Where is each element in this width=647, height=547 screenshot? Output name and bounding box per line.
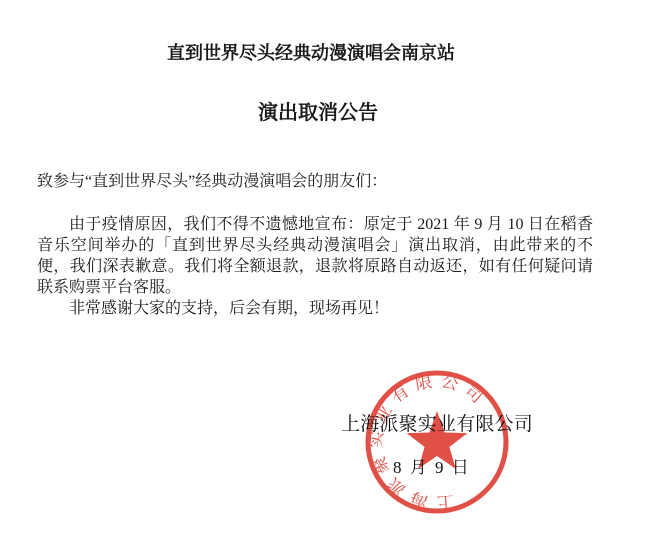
document-title: 直到世界尽头经典动漫演唱会南京站 [0,41,622,65]
signature-company-name: 上海派聚实业有限公司 [341,409,533,436]
cancellation-announcement-document: 直到世界尽头经典动漫演唱会南京站 演出取消公告 致参与“直到世界尽头”经典动漫演… [0,0,647,547]
greeting-line: 致参与“直到世界尽头”经典动漫演唱会的朋友们： [37,171,593,192]
company-seal-stamp: 上海派聚实业有限公司 [352,357,522,527]
document-body: 致参与“直到世界尽头”经典动漫演唱会的朋友们： 由于疫情原因，我们不得不遗憾地宣… [37,171,593,319]
main-paragraph: 由于疫情原因，我们不得不遗憾地宣布：原定于 2021 年 9 月 10 日在稻香… [37,214,593,298]
closing-paragraph: 非常感谢大家的支持，后会有期，现场再见！ [37,298,593,319]
document-subtitle: 演出取消公告 [0,100,636,126]
signature-date: 8 月 9 日 [393,453,471,478]
